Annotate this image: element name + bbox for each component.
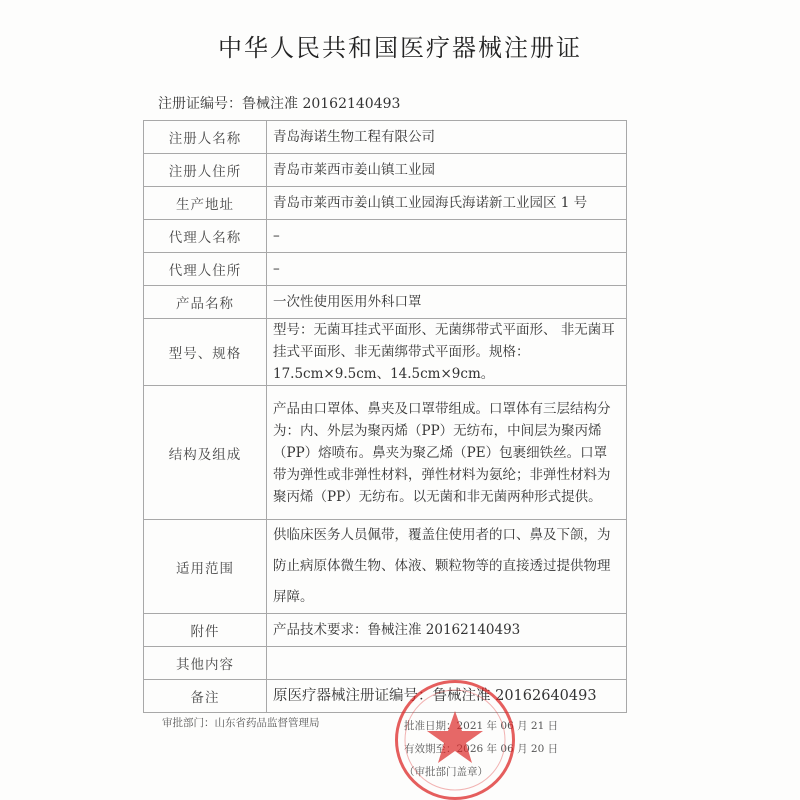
row-value: 青岛海诺生物工程有限公司 — [267, 121, 627, 154]
table-row: 注册人名称 青岛海诺生物工程有限公司 — [144, 121, 627, 154]
table-row: 代理人名称 – — [144, 220, 627, 253]
row-value: 青岛市莱西市姜山镇工业园海氏海诺新工业园区 1 号 — [267, 187, 627, 220]
registration-number: 注册证编号：鲁械注准 20162140493 — [158, 93, 400, 113]
table-row: 代理人住所 – — [144, 253, 627, 286]
row-value: 一次性使用医用外科口罩 — [267, 286, 627, 319]
row-value: 产品技术要求：鲁械注准 20162140493 — [267, 614, 627, 647]
table-row: 适用范围 供临床医务人员佩带，覆盖住使用者的口、鼻及下颌，为防止病原体微生物、体… — [144, 520, 627, 614]
row-value — [267, 647, 627, 680]
row-label: 型号、规格 — [144, 319, 267, 386]
row-value: – — [267, 253, 627, 286]
document-title: 中华人民共和国医疗器械注册证 — [0, 28, 800, 63]
valid-until: 有效期至：2026 年 06 月 20 日 — [404, 738, 558, 761]
row-label: 备注 — [144, 680, 267, 713]
table-row: 其他内容 — [144, 647, 627, 680]
row-value: 供临床医务人员佩带，覆盖住使用者的口、鼻及下颌，为防止病原体微生物、体液、颗粒物… — [267, 520, 627, 614]
table-row: 附件 产品技术要求：鲁械注准 20162140493 — [144, 614, 627, 647]
table-row: 型号、规格 型号：无菌耳挂式平面形、无菌绑带式平面形、 非无菌耳挂式平面形、非无… — [144, 319, 627, 386]
row-label: 产品名称 — [144, 286, 267, 319]
table-row: 注册人住所 青岛市莱西市姜山镇工业园 — [144, 154, 627, 187]
approval-dates: 批准日期：2021 年 06 月 21 日 有效期至：2026 年 06 月 2… — [404, 715, 558, 784]
row-label: 结构及组成 — [144, 386, 267, 520]
certificate-table: 注册人名称 青岛海诺生物工程有限公司 注册人住所 青岛市莱西市姜山镇工业园 生产… — [143, 120, 627, 713]
row-label: 其他内容 — [144, 647, 267, 680]
table-row: 结构及组成 产品由口罩体、鼻夹及口罩带组成。口罩体有三层结构分为：内、外层为聚丙… — [144, 386, 627, 520]
row-value: 型号：无菌耳挂式平面形、无菌绑带式平面形、 非无菌耳挂式平面形、非无菌绑带式平面… — [267, 319, 627, 386]
row-label: 注册人名称 — [144, 121, 267, 154]
row-label: 注册人住所 — [144, 154, 267, 187]
row-label: 附件 — [144, 614, 267, 647]
row-value: 产品由口罩体、鼻夹及口罩带组成。口罩体有三层结构分为：内、外层为聚丙烯（PP）无… — [267, 386, 627, 520]
row-label: 代理人名称 — [144, 220, 267, 253]
row-label: 生产地址 — [144, 187, 267, 220]
row-label: 代理人住所 — [144, 253, 267, 286]
seal-note: （审批部门盖章） — [404, 761, 558, 784]
row-value: – — [267, 220, 627, 253]
approval-date: 批准日期：2021 年 06 月 21 日 — [404, 715, 558, 738]
row-value: 青岛市莱西市姜山镇工业园 — [267, 154, 627, 187]
table-row: 产品名称 一次性使用医用外科口罩 — [144, 286, 627, 319]
approval-department: 审批部门：山东省药品监督管理局 — [162, 715, 320, 730]
row-value: 原医疗器械注册证编号：鲁械注准 20162640493 — [267, 680, 627, 713]
table-row: 备注 原医疗器械注册证编号：鲁械注准 20162640493 — [144, 680, 627, 713]
table-row: 生产地址 青岛市莱西市姜山镇工业园海氏海诺新工业园区 1 号 — [144, 187, 627, 220]
row-label: 适用范围 — [144, 520, 267, 614]
